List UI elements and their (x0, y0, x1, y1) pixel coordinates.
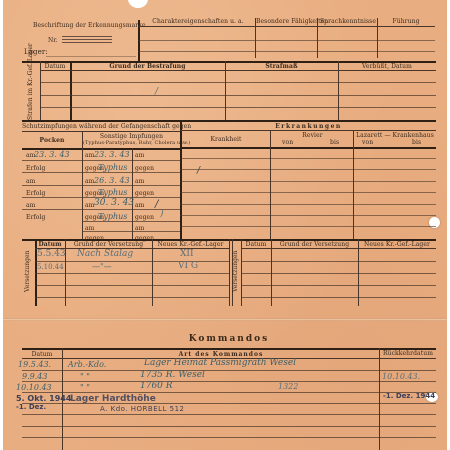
rule (22, 426, 436, 427)
gegen-label: gegen (135, 190, 154, 197)
lager-line (46, 56, 136, 57)
kommando-date: 10.10.43 (16, 383, 52, 392)
rule (180, 158, 436, 159)
rule (241, 297, 436, 298)
rule (180, 226, 436, 227)
from-label: von (282, 139, 293, 146)
to-label: bis (412, 139, 421, 146)
vaccination-date: 23. 3. 43 (94, 150, 130, 159)
rule (22, 370, 436, 371)
illnesses-title: Erkrankungen (181, 123, 436, 130)
smallpox-header: Pocken (22, 137, 82, 144)
new-camp-header: Neues Kr.-Gef.-Lager (358, 241, 436, 248)
kommando-location: 1735 R. Wesel (140, 371, 205, 380)
am-label: am (135, 178, 144, 185)
vaccination-type: Typhus (98, 163, 127, 172)
nr-line (62, 42, 112, 43)
vaccination-date: 30. 3. 43 (94, 199, 134, 208)
erfolg-label: Erfolg (26, 190, 45, 197)
quarters-header: Revier (271, 132, 354, 139)
am-label: am (135, 152, 144, 159)
to-label: bis (330, 139, 339, 146)
return-header: Rückkehrdatum (380, 350, 436, 357)
divider (270, 130, 271, 239)
kommando-date: 9.9.43 (22, 372, 47, 381)
rule (35, 297, 229, 298)
pencil-mark: / (155, 200, 158, 209)
erfolg-label: Erfolg (26, 214, 45, 221)
rule (22, 348, 436, 350)
other-header: Sonstige Impfungen (83, 133, 180, 140)
penalty-header: Strafmaß (225, 63, 338, 70)
rule (22, 392, 436, 393)
pocken-date: 23. 3. 43 (34, 150, 70, 159)
rule (82, 231, 180, 232)
am-label: am (26, 178, 35, 185)
type-header: Art des Kommandos (63, 351, 379, 358)
am-label: am (26, 202, 35, 209)
divider (377, 18, 378, 58)
rule (138, 26, 435, 27)
rule (138, 40, 435, 41)
transfer-camp: XII (180, 250, 194, 259)
rule (40, 70, 436, 71)
conduct-header: Führung (378, 18, 434, 25)
fold-crease (3, 318, 447, 321)
vaccinations-title: Schutzimpfungen während der Gefangenscha… (22, 123, 180, 130)
character-header: Charaktereigenschaften u. a. (140, 18, 256, 25)
punishments-side-label: Strafen im Kr.-Gef.-Lager (27, 64, 41, 120)
kommando-location: Lager Heimat Pässmigrath Wesel (144, 359, 296, 368)
rule (22, 414, 436, 415)
served-header: Verbüßt, Datum (338, 63, 436, 70)
rule (180, 130, 436, 131)
date-header: Datum (40, 63, 70, 70)
transfer-date: 5.10.44 (37, 263, 64, 272)
return-date: 10.10.43. (382, 372, 420, 381)
transfer-date: 5.5.43 (37, 250, 66, 259)
rule (241, 285, 436, 286)
languages-header: Sprachkenntnisse (318, 18, 378, 25)
date-stamp: 5. Okt. 1944 (16, 394, 71, 403)
kommando-location: 1760 R (140, 382, 173, 391)
other-subheader: (Typhus-Paratyphus, Ruhr, Cholera usw.) (83, 140, 180, 147)
nr-label: Nr. (48, 37, 58, 44)
rule (180, 169, 436, 170)
rule (22, 437, 436, 438)
divider (255, 18, 256, 58)
gegen-label: gegen (135, 214, 154, 221)
new-camp-header: Neues Kr.-Gef.-Lager (152, 241, 229, 248)
rule (241, 261, 436, 262)
kommando-date: 19.5.43. (18, 360, 51, 369)
date-header: Datum (241, 241, 271, 248)
date-header: Datum (35, 241, 65, 248)
hospital-header: Lazarett — Krankenhaus (354, 132, 436, 139)
kommando-type: Arb.-Kdo. (68, 360, 106, 369)
rule (241, 248, 436, 249)
rule (180, 204, 436, 205)
vaccination-type: Typhus (98, 188, 127, 197)
transfer-camp: VI G (178, 262, 198, 271)
rule (40, 82, 436, 83)
divider (379, 348, 380, 450)
pencil-mark: ) (160, 210, 164, 219)
divider (229, 239, 230, 306)
kommando-type: " " (80, 383, 90, 392)
rule (22, 172, 180, 173)
abilities-header: Besondere Fähigkeiten (256, 18, 318, 25)
rule (180, 215, 436, 216)
rule (35, 273, 229, 274)
reason-header: Grund der Versetzung (65, 241, 152, 248)
kdo-stamp: A. Kdo. HORBELL 512 (100, 405, 185, 413)
id-tag-label: Beschriftung der Erkennungsmarke (33, 22, 146, 29)
paper-tear (128, 0, 148, 8)
divider (132, 148, 133, 239)
rule (22, 160, 180, 161)
rule (138, 51, 435, 52)
rule (180, 192, 436, 193)
transfer-reason: —"— (92, 262, 112, 271)
divider (353, 130, 354, 239)
rule (82, 221, 180, 222)
reason-header: Grund der Bestrafung (70, 63, 225, 70)
erfolg-label: Erfolg (26, 165, 45, 172)
camp-stamp: Lager Hardthöhe (70, 394, 156, 404)
pencil-mark: / (197, 167, 200, 176)
rule (40, 107, 436, 108)
rule (22, 185, 180, 186)
date-stamp: -1. Dez. (16, 403, 46, 411)
transfer-reason: Nach Stalag (77, 250, 133, 259)
nr-line (62, 36, 112, 37)
return-stamp: -1. Dez. 1944 (383, 392, 435, 400)
nr-line (62, 39, 112, 40)
vaccination-date: 26. 3. 43 (94, 176, 130, 185)
rule (180, 181, 436, 182)
pencil-mark: / (155, 88, 158, 97)
rule (22, 131, 180, 132)
rule (241, 273, 436, 274)
gegen-label: gegen (135, 165, 154, 172)
rule (22, 381, 436, 382)
kommando-note: 1322 (278, 382, 298, 391)
rule (35, 285, 229, 286)
illness-header: Krankheit (181, 136, 271, 143)
rule (40, 95, 436, 96)
rule (22, 120, 436, 122)
reason-header: Grund der Versetzung (271, 241, 358, 248)
am-label: am (135, 202, 144, 209)
kommandos-title: Kommandos (22, 336, 436, 343)
kommando-type: " " (80, 372, 90, 381)
rule (35, 261, 229, 262)
divider (317, 18, 318, 58)
date-header: Datum (22, 351, 62, 358)
rule (180, 147, 436, 149)
vaccination-type: Typhus (98, 212, 127, 221)
from-label: von (362, 139, 373, 146)
